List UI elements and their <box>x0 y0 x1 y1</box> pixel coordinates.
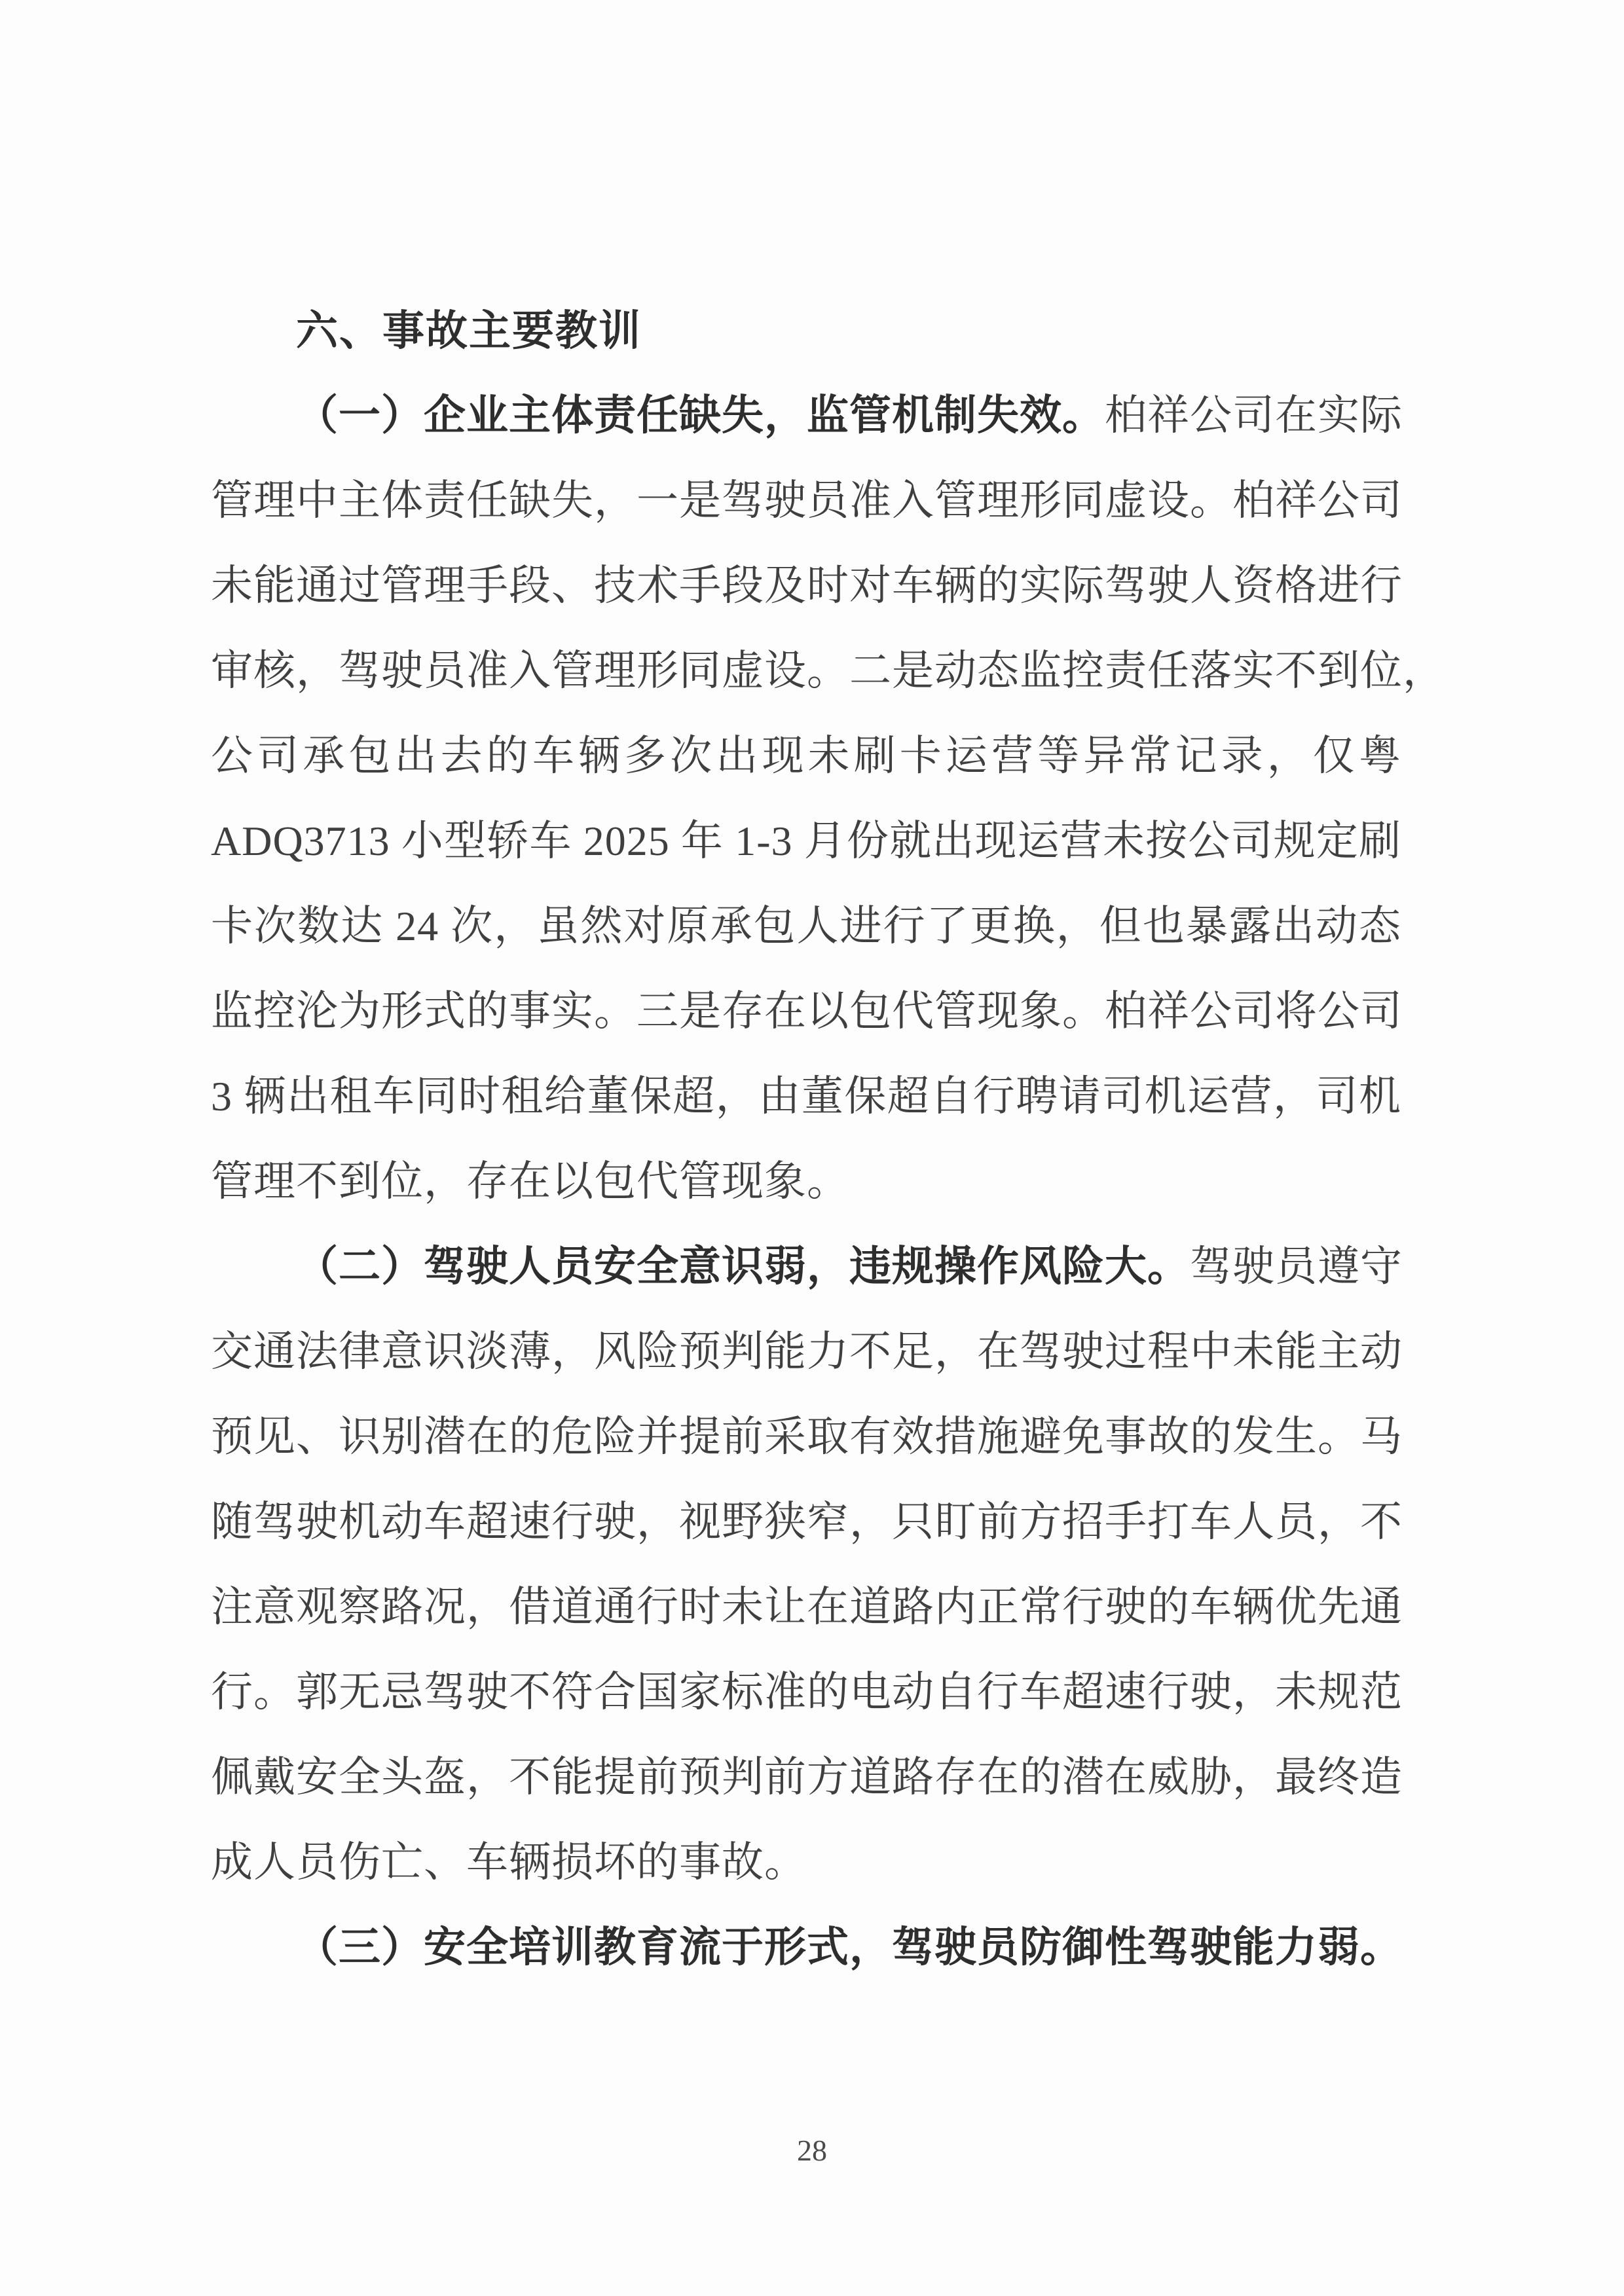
document-body: 六、事故主要教训（一）企业主体责任缺失，监管机制失效。柏祥公司在实际管理中主体责… <box>211 288 1401 1990</box>
paragraph-line: （二）驾驶人员安全意识弱，违规操作风险大。驾驶员遵守 <box>211 1224 1401 1309</box>
text-run: 佩戴安全头盔，不能提前预判前方道路存在的潜在威胁，最终造 <box>211 1754 1403 1800</box>
text-run: 注意观察路况，借道通行时未让在道路内正常行驶的车辆优先通 <box>211 1584 1403 1630</box>
text-run: 监控沦为形式的事实。三是存在以包代管现象。柏祥公司将公司 <box>211 988 1403 1034</box>
paragraph-line: 3 辆出租车同时租给董保超，由董保超自行聘请司机运营，司机 <box>211 1054 1401 1139</box>
text-run: 管理中主体责任缺失，一是驾驶员准入管理形同虚设。柏祥公司 <box>211 477 1403 524</box>
paragraph-line: 预见、识别潜在的危险并提前采取有效措施避免事故的发生。马 <box>211 1394 1401 1480</box>
paragraph-line: 交通法律意识淡薄，风险预判能力不足，在驾驶过程中未能主动 <box>211 1309 1401 1394</box>
text-run: 成人员伤亡、车辆损坏的事故。 <box>211 1839 807 1886</box>
paragraph-line: 成人员伤亡、车辆损坏的事故。 <box>211 1820 1401 1905</box>
text-run: 预见、识别潜在的危险并提前采取有效措施避免事故的发生。马 <box>211 1413 1403 1460</box>
paragraph-line: 随驾驶机动车超速行驶，视野狭窄，只盯前方招手打车人员，不 <box>211 1480 1401 1565</box>
paragraph-line: （一）企业主体责任缺失，监管机制失效。柏祥公司在实际 <box>211 373 1401 458</box>
text-run: ADQ3713 小型轿车 2025 年 1-3 月份就出现运营未按公司规定刷 <box>211 818 1401 864</box>
section-heading: 六、事故主要教训 <box>211 288 1401 373</box>
bold-text-run: 六、事故主要教训 <box>296 307 642 354</box>
paragraph-line: 公司承包出去的车辆多次出现未刷卡运营等异常记录，仅粤 <box>211 714 1401 799</box>
paragraph-line: 管理中主体责任缺失，一是驾驶员准入管理形同虚设。柏祥公司 <box>211 458 1401 543</box>
text-run: 3 辆出租车同时租给董保超，由董保超自行聘请司机运营，司机 <box>211 1073 1401 1120</box>
bold-text-run: （二）驾驶人员安全意识弱，违规操作风险大。 <box>296 1243 1190 1290</box>
paragraph-line: 未能通过管理手段、技术手段及时对车辆的实际驾驶人资格进行 <box>211 543 1401 629</box>
paragraph-line: 监控沦为形式的事实。三是存在以包代管现象。柏祥公司将公司 <box>211 969 1401 1054</box>
paragraph-line: 管理不到位，存在以包代管现象。 <box>211 1139 1401 1224</box>
paragraph-line: 佩戴安全头盔，不能提前预判前方道路存在的潜在威胁，最终造 <box>211 1735 1401 1820</box>
paragraph-line: ADQ3713 小型轿车 2025 年 1-3 月份就出现运营未按公司规定刷 <box>211 799 1401 884</box>
paragraph-line: 卡次数达 24 次，虽然对原承包人进行了更换，但也暴露出动态 <box>211 884 1401 969</box>
paragraph-line: 审核，驾驶员准入管理形同虚设。二是动态监控责任落实不到位， <box>211 629 1401 714</box>
text-run: 柏祥公司在实际 <box>1105 392 1403 439</box>
paragraph-line: 行。郭无忌驾驶不符合国家标准的电动自行车超速行驶，未规范 <box>211 1650 1401 1735</box>
text-run: 随驾驶机动车超速行驶，视野狭窄，只盯前方招手打车人员，不 <box>211 1499 1403 1545</box>
text-run: 卡次数达 24 次，虽然对原承包人进行了更换，但也暴露出动态 <box>211 903 1401 949</box>
text-run: 管理不到位，存在以包代管现象。 <box>211 1158 849 1205</box>
text-run: 驾驶员遵守 <box>1190 1243 1403 1290</box>
text-run: 交通法律意识淡薄，风险预判能力不足，在驾驶过程中未能主动 <box>211 1328 1403 1375</box>
text-run: 未能通过管理手段、技术手段及时对车辆的实际驾驶人资格进行 <box>211 562 1403 609</box>
bold-text-run: （一）企业主体责任缺失，监管机制失效。 <box>296 392 1105 439</box>
text-run: 公司承包出去的车辆多次出现未刷卡运营等异常记录，仅粤 <box>211 733 1401 779</box>
page-number: 28 <box>0 2133 1624 2168</box>
bold-text-run: （三）安全培训教育流于形式，驾驶员防御性驾驶能力弱。 <box>296 1924 1403 1971</box>
text-run: 审核，驾驶员准入管理形同虚设。二是动态监控责任落实不到位， <box>211 647 1445 694</box>
document-page: 六、事故主要教训（一）企业主体责任缺失，监管机制失效。柏祥公司在实际管理中主体责… <box>0 0 1624 2296</box>
paragraph-line: （三）安全培训教育流于形式，驾驶员防御性驾驶能力弱。 <box>211 1905 1401 1990</box>
text-run: 行。郭无忌驾驶不符合国家标准的电动自行车超速行驶，未规范 <box>211 1669 1403 1715</box>
paragraph-line: 注意观察路况，借道通行时未让在道路内正常行驶的车辆优先通 <box>211 1565 1401 1650</box>
